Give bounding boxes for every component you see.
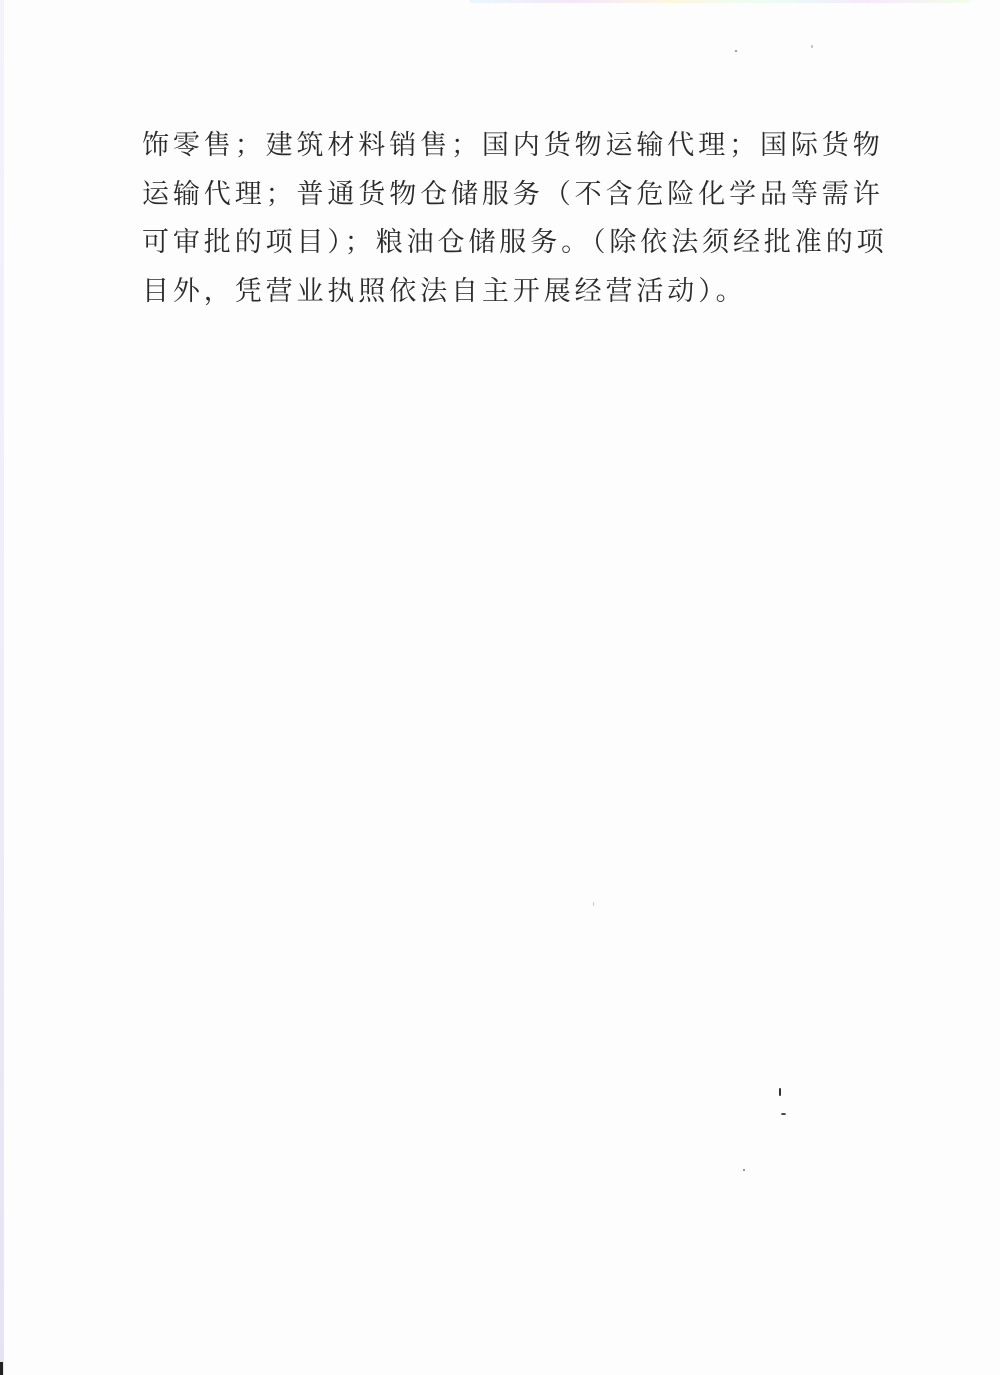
scan-artifact-left-mark [0, 1362, 3, 1375]
document-text-line: 饰零售；建筑材料销售；国内货物运输代理；国际货物 [142, 122, 832, 171]
document-text-line: 可审批的项目）；粮油仓储服务。（除依法须经批准的项 [142, 219, 832, 268]
scan-speck [811, 45, 813, 48]
document-body: 饰零售；建筑材料销售；国内货物运输代理；国际货物 运输代理；普通货物仓储服务（不… [142, 122, 832, 316]
scan-speck [593, 902, 594, 906]
scan-speck [781, 1113, 786, 1115]
scan-artifact-left-edge [0, 0, 4, 1375]
scan-speck [779, 1088, 781, 1096]
scan-speck [735, 50, 737, 52]
document-text-line: 运输代理；普通货物仓储服务（不含危险化学品等需许 [142, 171, 832, 220]
document-text-line: 目外，凭营业执照依法自主开展经营活动）。 [142, 268, 832, 317]
scan-speck [743, 1169, 745, 1171]
scan-artifact-top-strip [470, 0, 970, 3]
